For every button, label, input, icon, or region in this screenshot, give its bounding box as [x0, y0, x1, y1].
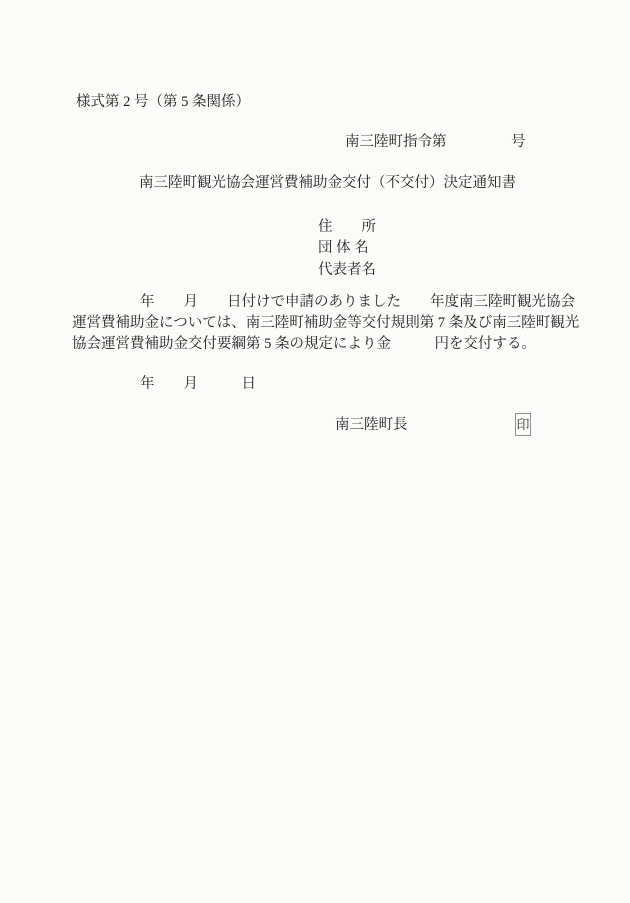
form-number-label: 様式第 2 号（第 5 条関係） — [76, 94, 250, 111]
decision-date-line: 年 月 日 — [140, 376, 256, 393]
document-page: 様式第 2 号（第 5 条関係） 南三陸町指令第 号 南三陸町観光協会運営費補助… — [0, 0, 630, 903]
recipient-address-label: 住 所 — [318, 219, 376, 236]
recipient-representative-label: 代表者名 — [318, 262, 376, 279]
directive-number-suffix: 号 — [511, 134, 526, 151]
seal-character: 印 — [516, 418, 529, 431]
body-paragraph-line-3: 協会運営費補助金交付要綱第 5 条の規定により金 円を交付する。 — [72, 336, 536, 353]
seal-placeholder-box: 印 — [515, 413, 531, 436]
directive-number-prefix: 南三陸町指令第 — [345, 134, 447, 151]
recipient-organization-label: 団 体 名 — [318, 240, 369, 257]
document-title: 南三陸町観光協会運営費補助金交付（不交付）決定通知書 — [139, 175, 516, 192]
body-paragraph-line-2: 運営費補助金については、南三陸町補助金等交付規則第 7 条及び南三陸町観光 — [72, 315, 579, 332]
body-paragraph-line-1: 年 月 日付けで申請のありました 年度南三陸町観光協会 — [72, 294, 575, 311]
issuer-title-label: 南三陸町長 — [335, 417, 408, 434]
